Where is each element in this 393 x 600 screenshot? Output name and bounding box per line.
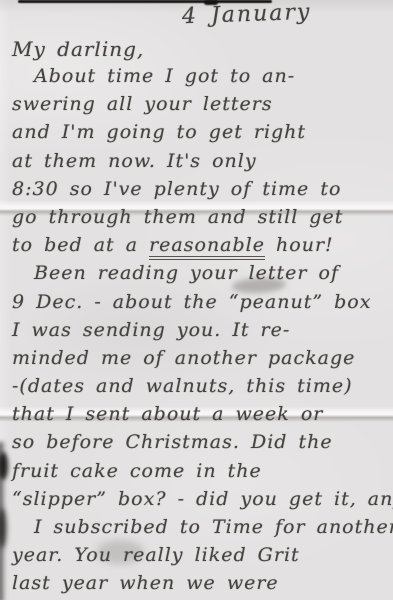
letter-line-7: to bed at a reasonable hour! xyxy=(0,231,393,259)
letter-body: About time I got to an-swering all your … xyxy=(0,62,393,598)
letter-line-3: and I'm going to get right xyxy=(0,118,393,146)
underlined-word: reasonable xyxy=(149,234,265,260)
letter-line-8: Been reading your letter of xyxy=(0,259,393,287)
letter-line-18: year. You really liked Grit xyxy=(0,541,393,569)
letter-line-10: I was sending you. It re- xyxy=(0,316,393,344)
letter-line-5: 8:30 so I've plenty of time to xyxy=(0,175,393,203)
letter-line-19: last year when we were xyxy=(0,569,393,597)
letter-line-2: swering all your letters xyxy=(0,90,393,118)
letter-line-12: -(dates and walnuts, this time) xyxy=(0,372,393,400)
letter-line-6: go through them and still get xyxy=(0,203,393,231)
letter-line-11: minded me of another package xyxy=(0,344,393,372)
letter-line-14: so before Christmas. Did the xyxy=(0,428,393,456)
letter-line-4: at them now. It's only xyxy=(0,147,393,175)
letter-line-13: that I sent about a week or xyxy=(0,400,393,428)
letter-line-1: About time I got to an- xyxy=(0,62,393,90)
letter-line-16: “slipper” box? - did you get it, anyway? xyxy=(0,485,393,513)
letter-line-9: 9 Dec. - about the “peanut” box xyxy=(0,288,393,316)
letter-line-15: fruit cake come in the xyxy=(0,457,393,485)
letter-line-17: I subscribed to Time for another xyxy=(0,513,393,541)
letter-date: 4 January xyxy=(182,0,312,29)
letter-page: 4 January My darling, About time I got t… xyxy=(0,0,393,600)
letter-salutation: My darling, xyxy=(12,37,144,61)
